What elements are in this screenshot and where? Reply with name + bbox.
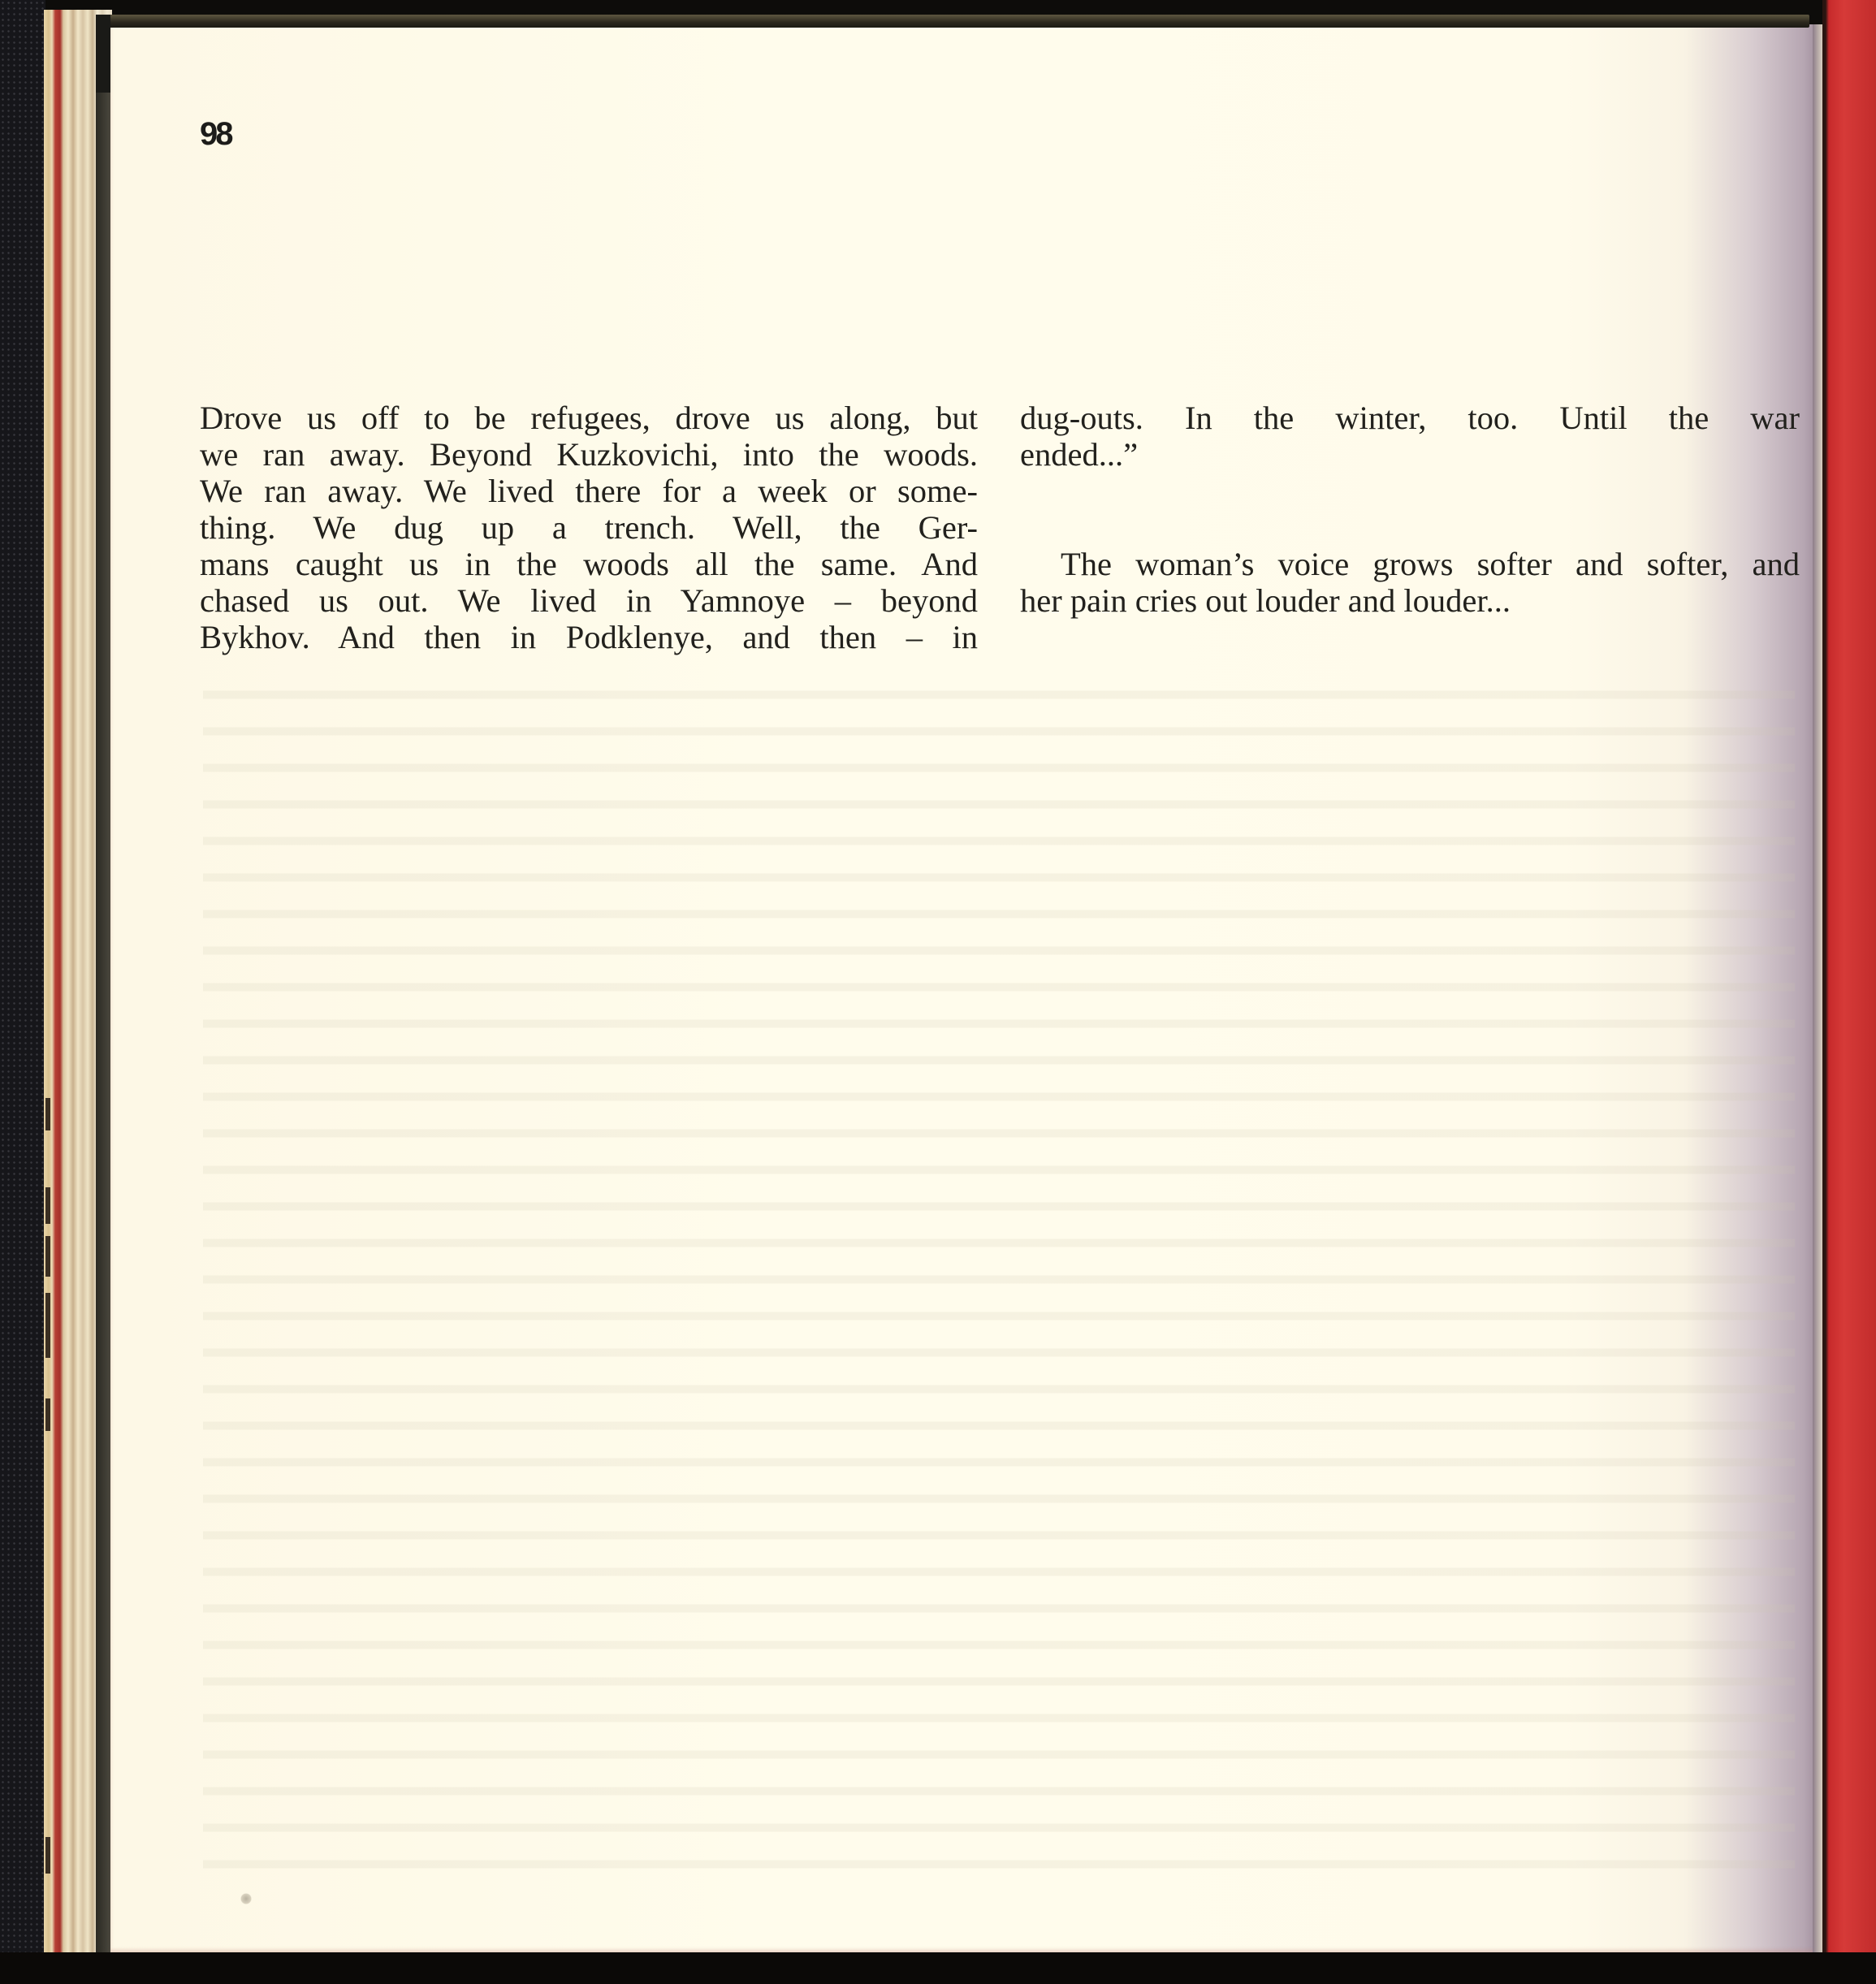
paper-spot	[240, 1893, 252, 1904]
text-line: we ran away. Beyond Kuzkovichi, into the…	[200, 436, 978, 473]
text-line: chased us out. We lived in Yamnoye – bey…	[200, 582, 978, 619]
text-line: dug-outs. In the winter, too. Until the …	[1020, 400, 1800, 436]
paragraph-narration: The woman’s voice grows softer and softe…	[1020, 546, 1800, 619]
paragraph-dialogue-end: dug-outs. In the winter, too. Until the …	[1020, 400, 1800, 473]
page-border-top	[96, 15, 1809, 28]
text-line: mans caught us in the woods all the same…	[200, 546, 978, 582]
page-edge-notch	[45, 1837, 50, 1874]
book-cover-left	[0, 0, 45, 1984]
text-line: The woman’s voice grows softer and softe…	[1020, 546, 1800, 582]
paragraph: Drove us off to be refugees, drove us al…	[200, 400, 978, 655]
page-edge-notch	[45, 1293, 50, 1358]
page-edge-notch	[45, 1098, 50, 1130]
left-text-column: Drove us off to be refugees, drove us al…	[200, 400, 978, 655]
book-page	[110, 24, 1821, 1952]
text-line: We ran away. We lived there for a week o…	[200, 473, 978, 509]
scan-background-bottom	[0, 1952, 1876, 1984]
right-text-column: dug-outs. In the winter, too. Until the …	[1020, 400, 1800, 619]
text-line: Drove us off to be refugees, drove us al…	[200, 400, 978, 436]
text-line: her pain cries out louder and louder...	[1020, 582, 1800, 619]
book-cover-right	[1822, 0, 1876, 1984]
page-edge-notch	[45, 1398, 50, 1431]
page-edge-notch	[45, 1236, 50, 1277]
page-border-corner	[96, 15, 110, 93]
page-border-left	[96, 15, 110, 1952]
text-line: ended...”	[1020, 436, 1800, 473]
page-number: 98	[200, 116, 231, 153]
text-line: thing. We dug up a trench. Well, the Ger…	[200, 509, 978, 546]
text-line: Bykhov. And then in Podklenye, and then …	[200, 619, 978, 655]
page-edge-notch	[45, 1187, 50, 1224]
spine-shadow	[1813, 24, 1822, 1952]
